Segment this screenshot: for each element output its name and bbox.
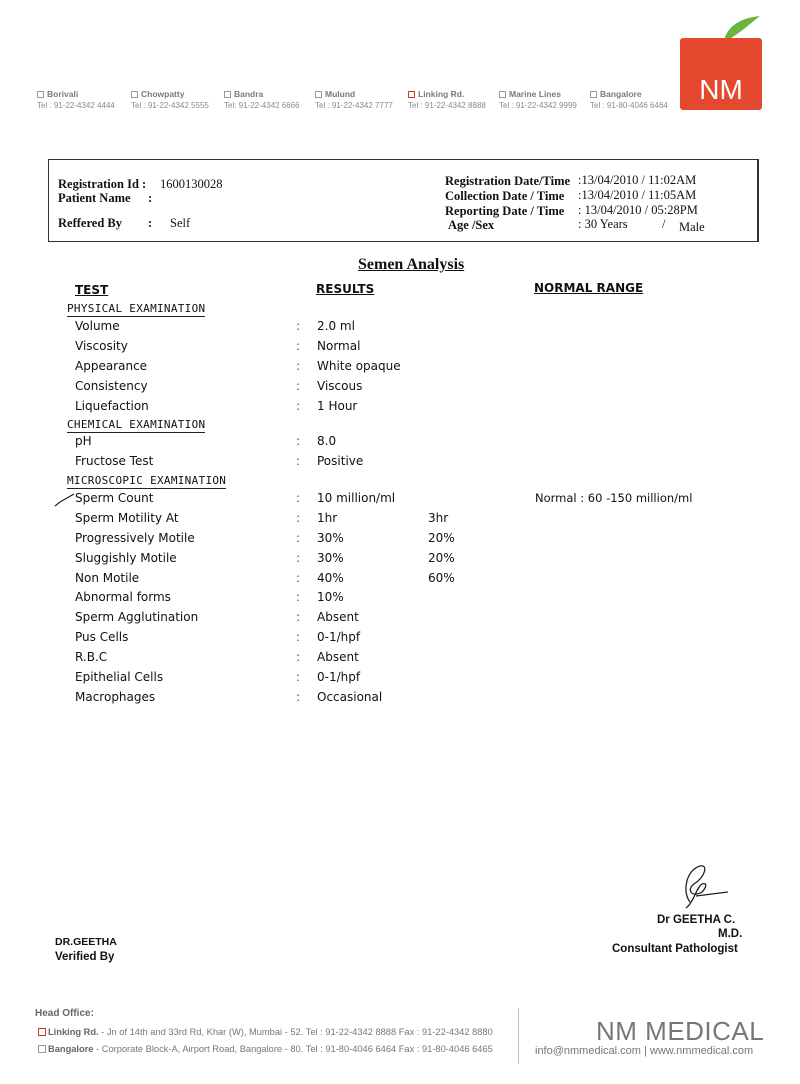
colon-separator: :	[296, 379, 300, 393]
test-result: White opaque	[317, 359, 401, 373]
branch-item: BandraTel: 91-22-4342 6666	[224, 89, 300, 111]
checkbox-icon	[408, 91, 415, 98]
branch-tel: Tel : 91-22-4342 9999	[499, 100, 577, 111]
logo-text: NM	[680, 76, 762, 104]
office-address-text: - Corporate Block-A, Airport Road, Banga…	[93, 1044, 303, 1054]
office-address: Linking Rd. - Jn of 14th and 33rd Rd, Kh…	[38, 1027, 493, 1037]
branch-tel: Tel : 91-22-4342 5555	[131, 100, 209, 111]
test-name: Fructose Test	[75, 454, 153, 468]
test-result: 40%	[317, 571, 344, 585]
colon-separator: :	[296, 531, 300, 545]
pathologist-degree: M.D.	[718, 928, 742, 940]
test-name: Viscosity	[75, 339, 128, 353]
test-result: 10%	[317, 590, 344, 604]
verified-by-name: DR.GEETHA	[55, 936, 117, 948]
registration-datetime-value: :13/04/2010 / 11:02AM	[578, 173, 696, 188]
colon-separator: :	[296, 359, 300, 373]
checkbox-icon	[131, 91, 138, 98]
test-result: 10 million/ml	[317, 491, 395, 505]
section-microscopic-examination: MICROSCOPIC EXAMINATION	[67, 474, 226, 489]
branch-tel: Tel : 91-22-4342 7777	[315, 100, 393, 111]
branch-name: Borivali	[47, 89, 78, 99]
test-name: Sperm Count	[75, 491, 153, 505]
table-row: Viscosity:Normal	[0, 339, 800, 359]
office-address-text: - Jn of 14th and 33rd Rd, Khar (W), Mumb…	[99, 1027, 304, 1037]
branch-name: Marine Lines	[509, 89, 561, 99]
table-row: Progressively Motile:30%20%	[0, 531, 800, 551]
age-sex-label: Age /Sex	[448, 218, 494, 233]
registration-id-label: Registration Id :	[58, 177, 146, 192]
table-row: Volume:2.0 ml	[0, 319, 800, 339]
sex-value: Male	[679, 220, 705, 235]
patient-name-colon: :	[148, 191, 152, 206]
office-contact: Tel : 91-22-4342 8888 Fax : 91-22-4342 8…	[306, 1027, 493, 1037]
age-sex-separator: /	[662, 217, 665, 232]
table-row: Non Motile:40%60%	[0, 571, 800, 591]
table-row: Liquefaction:1 Hour	[0, 399, 800, 419]
referred-by-colon: :	[148, 216, 152, 231]
pathologist-title: Consultant Pathologist	[612, 943, 738, 955]
signature-scribble-icon	[672, 862, 732, 912]
table-row: pH:8.0	[0, 434, 800, 454]
age-value: : 30 Years	[578, 217, 628, 232]
test-name: Abnormal forms	[75, 590, 171, 604]
test-name: pH	[75, 434, 92, 448]
office-name: Bangalore	[48, 1044, 93, 1054]
table-row: Macrophages:Occasional	[0, 690, 800, 710]
footer-divider	[518, 1008, 519, 1064]
test-result: Positive	[317, 454, 363, 468]
registration-datetime-label: Registration Date/Time	[445, 174, 570, 189]
report-title: Semen Analysis	[358, 256, 464, 274]
reporting-datetime-label: Reporting Date / Time	[445, 204, 564, 219]
test-name: R.B.C	[75, 650, 107, 664]
checkbox-icon	[38, 1045, 46, 1053]
test-result: 1 Hour	[317, 399, 357, 413]
branch-item: ChowpattyTel : 91-22-4342 5555	[131, 89, 209, 111]
office-contact: Tel : 91-80-4046 6464 Fax : 91-80-4046 6…	[306, 1044, 493, 1054]
colon-separator: :	[296, 319, 300, 333]
test-result: Normal	[317, 339, 360, 353]
referred-by-label: Reffered By	[58, 216, 122, 231]
test-result: 30%	[317, 551, 344, 565]
branch-tel: Tel : 91-22-4342 4444	[37, 100, 115, 111]
patient-name-label: Patient Name	[58, 191, 131, 206]
branch-name: Mulund	[325, 89, 355, 99]
colon-separator: :	[296, 434, 300, 448]
branch-item: BangaloreTel : 91-80-4046 6464	[590, 89, 668, 111]
branch-name: Chowpatty	[141, 89, 184, 99]
table-row: Sperm Count:10 million/mlNormal : 60 -15…	[0, 491, 800, 511]
test-result: Absent	[317, 610, 359, 624]
checkbox-icon	[315, 91, 322, 98]
test-name: Macrophages	[75, 690, 155, 704]
test-name: Sperm Agglutination	[75, 610, 198, 624]
test-result: Occasional	[317, 690, 382, 704]
collection-datetime-value: :13/04/2010 / 11:05AM	[578, 188, 696, 203]
referred-by-value: Self	[170, 216, 190, 231]
pathologist-name: Dr GEETHA C.	[657, 914, 735, 926]
test-result: 0-1/hpf	[317, 670, 360, 684]
test-result: 1hr	[317, 511, 337, 525]
test-result: 8.0	[317, 434, 336, 448]
office-name: Linking Rd.	[48, 1027, 99, 1037]
colon-separator: :	[296, 690, 300, 704]
table-row: Pus Cells:0-1/hpf	[0, 630, 800, 650]
test-name: Epithelial Cells	[75, 670, 163, 684]
table-row: Appearance:White opaque	[0, 359, 800, 379]
test-name: Pus Cells	[75, 630, 128, 644]
column-header-normal-range: NORMAL RANGE	[534, 281, 643, 295]
test-result-secondary: 60%	[428, 571, 455, 585]
branch-item: Linking Rd.Tel : 91-22-4342 8888	[408, 89, 486, 111]
colon-separator: :	[296, 454, 300, 468]
colon-separator: :	[296, 339, 300, 353]
branch-item: BorivaliTel : 91-22-4342 4444	[37, 89, 115, 111]
colon-separator: :	[296, 650, 300, 664]
test-result-secondary: 20%	[428, 551, 455, 565]
table-row: Sperm Motility At:1hr3hr	[0, 511, 800, 531]
checkbox-icon	[38, 1028, 46, 1036]
table-row: Consistency:Viscous	[0, 379, 800, 399]
colon-separator: :	[296, 630, 300, 644]
test-name: Non Motile	[75, 571, 139, 585]
checkbox-icon	[499, 91, 506, 98]
brand-contact-links[interactable]: info@nmmedical.com | www.nmmedical.com	[535, 1045, 753, 1057]
branch-tel: Tel : 91-22-4342 8888	[408, 100, 486, 111]
colon-separator: :	[296, 670, 300, 684]
test-name: Appearance	[75, 359, 147, 373]
table-row: Abnormal forms:10%	[0, 590, 800, 610]
office-address: Bangalore - Corporate Block-A, Airport R…	[38, 1044, 493, 1054]
test-result: Absent	[317, 650, 359, 664]
table-row: Epithelial Cells:0-1/hpf	[0, 670, 800, 690]
reporting-datetime-value: : 13/04/2010 / 05:28PM	[578, 203, 698, 218]
colon-separator: :	[296, 491, 300, 505]
registration-id-value: 1600130028	[160, 177, 223, 192]
table-row: Sluggishly Motile:30%20%	[0, 551, 800, 571]
branch-tel: Tel: 91-22-4342 6666	[224, 100, 300, 111]
branch-name: Linking Rd.	[418, 89, 464, 99]
branch-item: Marine LinesTel : 91-22-4342 9999	[499, 89, 577, 111]
colon-separator: :	[296, 610, 300, 624]
checkbox-icon	[37, 91, 44, 98]
section-chemical-examination: CHEMICAL EXAMINATION	[67, 418, 205, 433]
colon-separator: :	[296, 590, 300, 604]
table-row: Sperm Agglutination:Absent	[0, 610, 800, 630]
test-name: Sluggishly Motile	[75, 551, 177, 565]
test-result: 0-1/hpf	[317, 630, 360, 644]
column-header-test: TEST	[75, 283, 108, 297]
colon-separator: :	[296, 399, 300, 413]
test-name: Consistency	[75, 379, 148, 393]
branch-item: MulundTel : 91-22-4342 7777	[315, 89, 393, 111]
collection-datetime-label: Collection Date / Time	[445, 189, 564, 204]
test-result: Viscous	[317, 379, 362, 393]
column-header-results: RESULTS	[316, 282, 374, 296]
test-result-secondary: 3hr	[428, 511, 448, 525]
branch-name: Bangalore	[600, 89, 642, 99]
test-name: Volume	[75, 319, 120, 333]
test-name: Progressively Motile	[75, 531, 195, 545]
test-name: Liquefaction	[75, 399, 149, 413]
colon-separator: :	[296, 571, 300, 585]
branch-tel: Tel : 91-80-4046 6464	[590, 100, 668, 111]
nm-logo: NM	[680, 38, 762, 110]
table-row: Fructose Test:Positive	[0, 454, 800, 474]
table-row: R.B.C:Absent	[0, 650, 800, 670]
test-name: Sperm Motility At	[75, 511, 179, 525]
test-result: 2.0 ml	[317, 319, 355, 333]
colon-separator: :	[296, 511, 300, 525]
verified-by-label: Verified By	[55, 951, 114, 963]
head-office-label: Head Office:	[35, 1008, 94, 1019]
branch-name: Bandra	[234, 89, 263, 99]
section-physical-examination: PHYSICAL EXAMINATION	[67, 302, 205, 317]
test-result-secondary: 20%	[428, 531, 455, 545]
test-result: 30%	[317, 531, 344, 545]
colon-separator: :	[296, 551, 300, 565]
checkbox-icon	[590, 91, 597, 98]
brand-name: NM MEDICAL	[596, 1018, 764, 1044]
checkbox-icon	[224, 91, 231, 98]
normal-range: Normal : 60 -150 million/ml	[535, 491, 692, 505]
